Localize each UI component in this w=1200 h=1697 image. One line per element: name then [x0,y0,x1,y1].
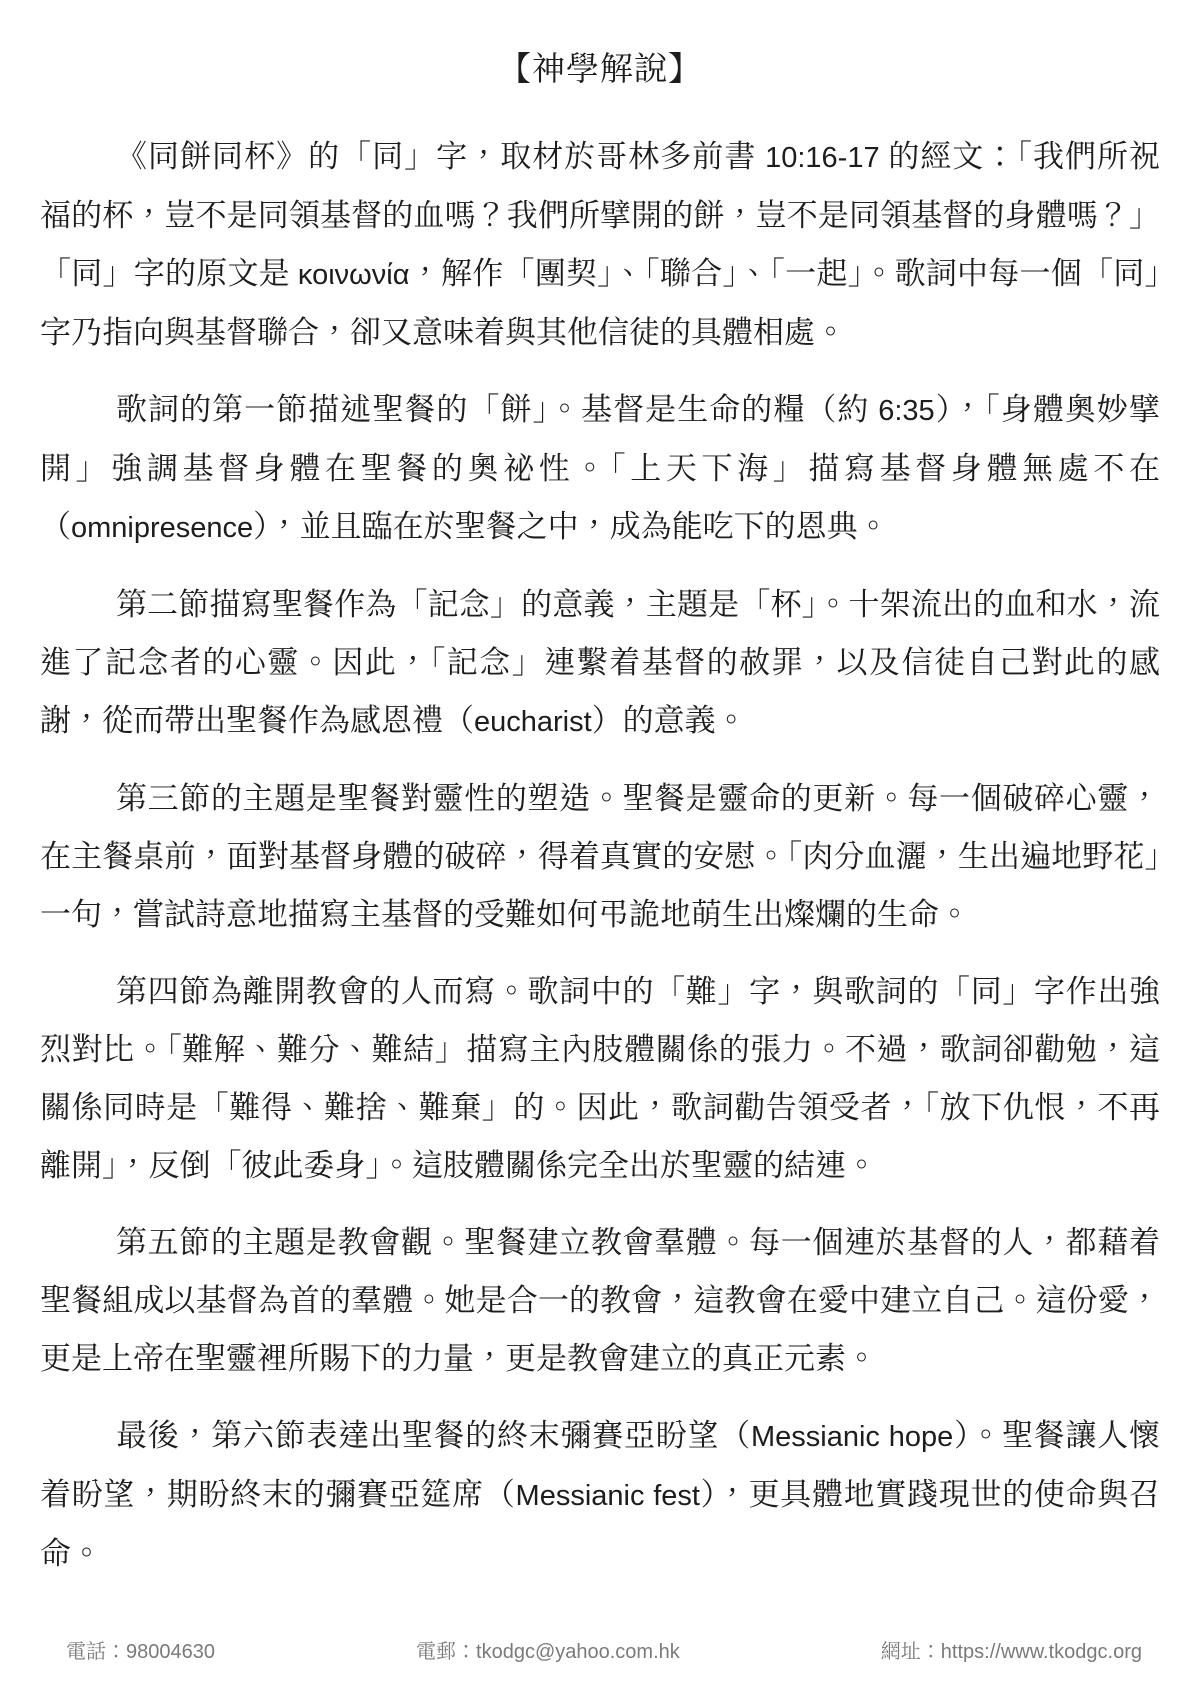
paragraph: 第五節的主題是教會觀。聖餐建立教會羣體。每一個連於基督的人，都藉着聖餐組成以基督… [40,1214,1160,1388]
body-text: 《同餅同杯》的「同」字，取材於哥林多前書 10:16-17 的經文：「我們所祝福… [40,128,1160,1583]
cjk-text-run: 歌詞的第一節描述聖餐的「餅」。基督是生命的糧（約 [116,392,878,427]
footer-phone: 電話：98004630 [66,1640,215,1664]
cjk-text-run: 《同餅同杯》的「同」字，取材於哥林多前書 [116,139,765,174]
paragraph: 第三節的主題是聖餐對靈性的塑造。聖餐是靈命的更新。每一個破碎心靈，在主餐桌前，面… [40,770,1160,944]
paragraph: 《同餅同杯》的「同」字，取材於哥林多前書 10:16-17 的經文：「我們所祝福… [40,128,1160,362]
cjk-text-run: ），並且臨在於聖餐之中，成為能吃下的恩典。 [253,509,889,544]
latin-text-run: 6:35 [878,395,934,427]
cjk-text-run: ）的意義。 [592,703,747,738]
footer-label: 電郵： [416,1641,476,1663]
paragraph: 第二節描寫聖餐作為「記念」的意義，主題是「杯」。十架流出的血和水，流進了記念者的… [40,576,1160,751]
latin-text-run: κοινωνία [298,259,410,291]
latin-text-run: omnipresence [71,512,253,544]
page-footer: 電話：98004630電郵：tkodgc@yahoo.com.hk網址：http… [40,1640,1160,1664]
document-page: 【神學解說】 《同餅同杯》的「同」字，取材於哥林多前書 10:16-17 的經文… [0,0,1200,1697]
cjk-text-run: 第四節為離開教會的人而寫。歌詞中的「難」字，與歌詞的「同」字作出強烈對比。「難解… [40,974,1160,1183]
latin-text-run: 10:16-17 [765,142,880,174]
cjk-text-run: 第三節的主題是聖餐對靈性的塑造。聖餐是靈命的更新。每一個破碎心靈，在主餐桌前，面… [40,781,1160,932]
footer-value: 98004630 [126,1641,215,1663]
page-title: 【神學解說】 [40,50,1160,90]
footer-value: tkodgc@yahoo.com.hk [476,1641,680,1663]
footer-label: 電話： [66,1641,126,1663]
paragraph: 第四節為離開教會的人而寫。歌詞中的「難」字，與歌詞的「同」字作出強烈對比。「難解… [40,963,1160,1195]
paragraph: 歌詞的第一節描述聖餐的「餅」。基督是生命的糧（約 6:35），「身體奧妙擘開」強… [40,381,1160,557]
footer-label: 網址： [881,1641,941,1663]
paragraph: 最後，第六節表達出聖餐的終末彌賽亞盼望（Messianic hope）。聖餐讓人… [40,1407,1160,1583]
latin-text-run: Messianic fest [516,1480,700,1512]
cjk-text-run: 最後，第六節表達出聖餐的終末彌賽亞盼望（ [116,1418,751,1453]
latin-text-run: Messianic hope [751,1421,953,1453]
cjk-text-run: 第五節的主題是教會觀。聖餐建立教會羣體。每一個連於基督的人，都藉着聖餐組成以基督… [40,1225,1160,1376]
footer-value: https://www.tkodgc.org [941,1641,1142,1663]
footer-website: 網址：https://www.tkodgc.org [881,1640,1142,1664]
footer-email: 電郵：tkodgc@yahoo.com.hk [416,1640,680,1664]
latin-text-run: eucharist [474,706,592,738]
